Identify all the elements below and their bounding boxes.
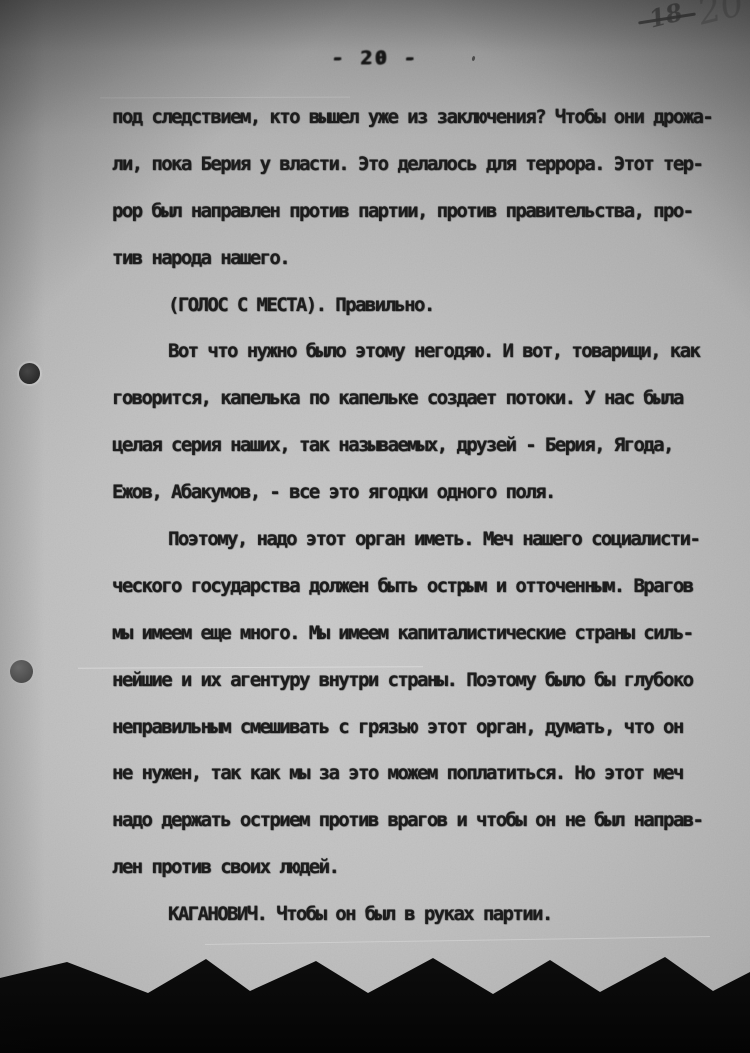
punch-hole-bottom [10,660,33,683]
typewritten-line: мы имеем еще много. Мы имеем капиталисти… [112,610,737,657]
typewritten-line: надо держать острием против врагов и что… [112,797,737,844]
typewritten-line: (ГОЛОС С МЕСТА). Правильно. [112,282,737,329]
page-number: - 20 - [0,47,750,69]
punch-hole-top [19,363,40,384]
typewritten-line: Вот что нужно было этому негодяю. И вот,… [112,328,737,375]
typewritten-line: Ежов, Абакумов, - все это ягодки одного … [112,469,737,516]
typewritten-line: неправильным смешивать с грязью этот орг… [112,704,737,751]
torn-bottom-edge [0,945,750,1053]
typewritten-line: целая серия наших, так называемых, друзе… [112,422,737,469]
typewritten-line: нейшие и их агентуру внутри страны. Поэт… [112,657,737,704]
typewritten-line: рор был направлен против партии, против … [112,188,737,235]
typewritten-text-block: под следствием, кто вышел уже из заключе… [112,94,737,938]
typewritten-line: ли, пока Берия у власти. Это делалось дл… [112,141,737,188]
handwritten-corrected-page-number: 20 [694,0,748,34]
scanned-document-page: - 20 - 18 20 под следствием, кто вышел у… [0,0,750,1053]
typewritten-line: Поэтому, надо этот орган иметь. Меч наше… [112,516,737,563]
typewritten-line: тив народа нашего. [112,235,737,282]
typewritten-line: лен против своих людей. [112,844,737,891]
typewritten-line: под следствием, кто вышел уже из заключе… [112,94,737,141]
typewritten-line: ческого государства должен быть острым и… [112,563,737,610]
typewritten-line: говорится, капелька по капельке создает … [112,375,737,422]
typewritten-line: КАГАНОВИЧ. Чтобы он был в руках партии. [112,891,737,938]
typewritten-line: не нужен, так как мы за это можем поплат… [112,750,737,797]
